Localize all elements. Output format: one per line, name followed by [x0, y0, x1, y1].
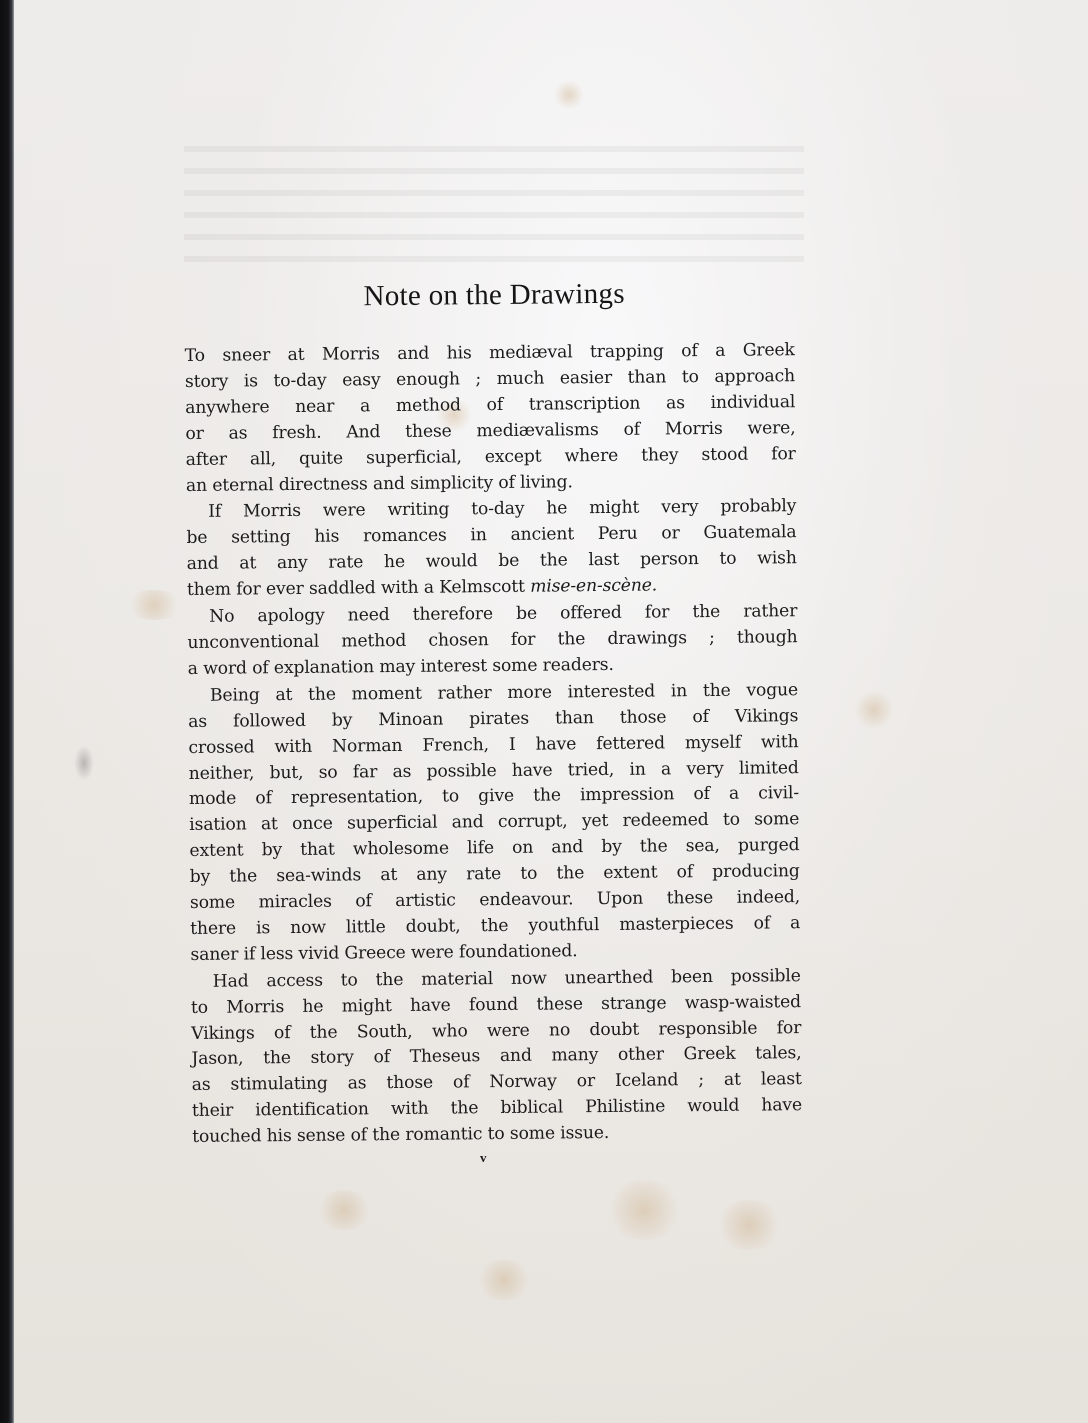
paragraph-3: No apology need therefore be offered for… [187, 599, 798, 683]
foxing-spot [714, 1200, 784, 1250]
book-binding-edge [0, 0, 14, 1423]
page-title: Note on the Drawings [184, 272, 794, 318]
page-content: Note on the Drawings To sneer at Morris … [184, 272, 802, 1151]
foxing-spot [314, 1190, 374, 1230]
foxing-spot [124, 590, 184, 620]
show-through-text-texture [184, 130, 804, 270]
paragraph-5: Had access to the material now unearthed… [191, 964, 803, 1151]
text-line: touched his sense of the romantic to som… [192, 1119, 802, 1151]
foxing-spot [474, 1260, 534, 1300]
paragraph-4: Being at the moment rather more interest… [188, 678, 801, 969]
book-page: Note on the Drawings To sneer at Morris … [14, 0, 1088, 1423]
paragraph-2: If Morris were writing to-day he might v… [186, 495, 797, 604]
paragraph-1: To sneer at Morris and his mediæval trap… [185, 338, 796, 499]
foxing-spot [554, 80, 584, 110]
text-segment: them for ever saddled with a Kelmscott [187, 577, 525, 600]
page-number: v [480, 1150, 487, 1166]
foxing-spot [854, 690, 894, 730]
italic-phrase: mise-en-scène. [530, 576, 657, 597]
stray-ink-mark [74, 745, 94, 781]
foxing-spot [604, 1180, 684, 1240]
